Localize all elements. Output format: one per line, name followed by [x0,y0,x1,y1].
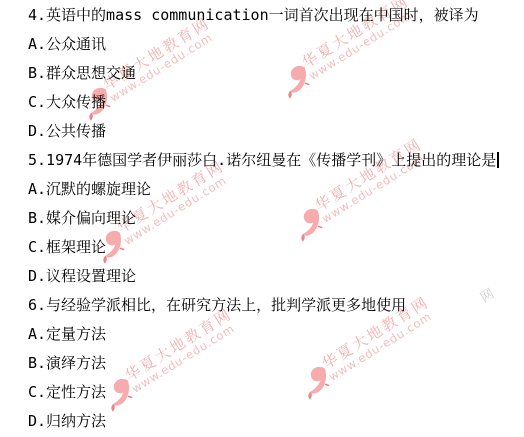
question-text-block: 4.英语中的mass communication一词首次出现在中国时，被译为A.… [0,0,524,437]
question-line[interactable]: 4.英语中的mass communication一词首次出现在中国时，被译为 [28,1,524,30]
option-text: A.定量方法 [28,325,106,343]
option-line[interactable]: A.沉默的螺旋理论 [28,175,524,204]
option-line[interactable]: A.公众通讯 [28,30,524,59]
option-text: B.演绎方法 [28,354,106,372]
question-line[interactable]: 6.与经验学派相比，在研究方法上，批判学派更多地使用 [28,291,524,320]
question-text: 5.1974年德国学者伊丽莎白.诺尔纽曼在《传播学刊》上提出的理论是 [28,151,496,169]
option-line[interactable]: C.框架理论 [28,233,524,262]
option-line[interactable]: B.演绎方法 [28,349,524,378]
option-line[interactable]: C.定性方法 [28,378,524,407]
option-text: C.定性方法 [28,383,106,401]
option-line[interactable]: B.媒介偏向理论 [28,204,524,233]
option-text: D.归纳方法 [28,412,106,430]
option-line[interactable]: B.群众思想交通 [28,59,524,88]
option-text: C.框架理论 [28,238,106,256]
option-text: C.大众传播 [28,93,106,111]
option-line[interactable]: D.公共传播 [28,117,524,146]
option-text: B.媒介偏向理论 [28,209,136,227]
text-cursor [497,152,499,168]
option-line[interactable]: C.大众传播 [28,88,524,117]
question-line[interactable]: 5.1974年德国学者伊丽莎白.诺尔纽曼在《传播学刊》上提出的理论是 [28,146,524,175]
option-text: A.沉默的螺旋理论 [28,180,151,198]
option-line[interactable]: A.定量方法 [28,320,524,349]
question-text: 6.与经验学派相比，在研究方法上，批判学派更多地使用 [28,296,406,314]
option-line[interactable]: D.议程设置理论 [28,262,524,291]
option-text: A.公众通讯 [28,35,106,53]
option-text: D.公共传播 [28,122,106,140]
question-text: 4.英语中的mass communication一词首次出现在中国时，被译为 [28,6,479,24]
option-text: B.群众思想交通 [28,64,136,82]
document-page: 华夏大地教育网www.edu-edu.com华夏大地教育网www.edu-edu… [0,0,524,437]
option-text: D.议程设置理论 [28,267,136,285]
option-line[interactable]: D.归纳方法 [28,407,524,436]
